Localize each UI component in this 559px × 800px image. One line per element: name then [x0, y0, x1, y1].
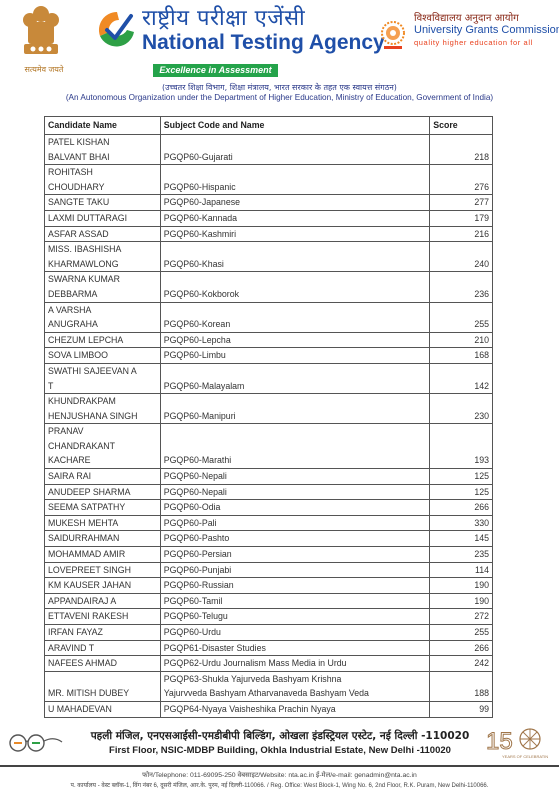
table-body: PATEL KISHAN BALVANT BHAIPGQP60-Gujarati…: [45, 135, 493, 718]
table-row: SEEMA SATPATHYPGQP60-Odia266: [45, 500, 493, 516]
agency-name-hindi: राष्ट्रीय परीक्षा एजेंसी: [142, 2, 305, 32]
score-cell: 190: [430, 578, 493, 594]
emblem-motto: सत्यमेव जयते: [14, 64, 74, 75]
subject-cell: PGQP60-Persian: [160, 547, 430, 563]
score-cell: 266: [430, 500, 493, 516]
subject-cell: PGQP60-Russian: [160, 578, 430, 594]
subject-cell: PGQP60-Nepali: [160, 469, 430, 485]
candidate-name-cell: MR. MITISH DUBEY: [45, 671, 161, 701]
table-row: MUKESH MEHTAPGQP60-Pali330: [45, 515, 493, 531]
table-row: A VARSHA ANUGRAHAPGQP60-Korean255: [45, 302, 493, 332]
agency-name-english: National Testing Agency: [142, 31, 385, 55]
candidate-name-cell: SWATHI SAJEEVAN A T: [45, 363, 161, 393]
ugc-name-english: University Grants Commission: [414, 24, 559, 36]
column-header-candidate-name: Candidate Name: [45, 117, 161, 135]
candidate-name-cell: U MAHADEVAN: [45, 701, 161, 717]
subject-cell: PGQP60-Odia: [160, 500, 430, 516]
subject-cell: PGQP60-Japanese: [160, 195, 430, 211]
table-row: ANUDEEP SHARMAPGQP60-Nepali125: [45, 484, 493, 500]
candidate-name-cell: ROHITASH CHOUDHARY: [45, 165, 161, 195]
table-row: U MAHADEVANPGQP64-Nyaya Vaisheshika Prac…: [45, 701, 493, 717]
subject-cell: PGQP60-Punjabi: [160, 562, 430, 578]
table-row: ASFAR ASSADPGQP60-Kashmiri216: [45, 226, 493, 242]
score-cell: 142: [430, 363, 493, 393]
candidate-name-cell: SANGTE TAKU: [45, 195, 161, 211]
swachh-bharat-spectacles-icon: [4, 732, 64, 754]
table-row: ETTAVENI RAKESHPGQP60-Telugu272: [45, 609, 493, 625]
subject-cell: PGQP60-Tamil: [160, 593, 430, 609]
svg-text:15: 15: [486, 728, 513, 755]
table-row: MISS. IBASHISHA KHARMAWLONGPGQP60-Khasi2…: [45, 242, 493, 272]
candidate-name-cell: ARAVIND T: [45, 640, 161, 656]
table-row: APPANDAIRAJ APGQP60-Tamil190: [45, 593, 493, 609]
score-cell: 218: [430, 135, 493, 165]
candidate-name-cell: CHEZUM LEPCHA: [45, 332, 161, 348]
subject-cell: PGQP60-Telugu: [160, 609, 430, 625]
table-header-row: Candidate Name Subject Code and Name Sco…: [45, 117, 493, 135]
score-cell: 236: [430, 272, 493, 302]
ugc-tagline: quality higher education for all: [414, 38, 533, 47]
score-cell: 210: [430, 332, 493, 348]
candidate-name-cell: ASFAR ASSAD: [45, 226, 161, 242]
table-row: SAIDURRAHMANPGQP60-Pashto145: [45, 531, 493, 547]
table-row: ARAVIND TPGQP61-Disaster Studies266: [45, 640, 493, 656]
table-row: SAIRA RAIPGQP60-Nepali125: [45, 469, 493, 485]
candidate-name-cell: LAXMI DUTTARAGI: [45, 210, 161, 226]
candidate-name-cell: SAIRA RAI: [45, 469, 161, 485]
nta-logo-icon: [97, 10, 137, 50]
candidate-name-cell: SOVA LIMBOO: [45, 348, 161, 364]
score-cell: 235: [430, 547, 493, 563]
column-header-score: Score: [430, 117, 493, 135]
subject-cell: PGQP60-Hispanic: [160, 165, 430, 195]
score-cell: 190: [430, 593, 493, 609]
subject-cell: PGQP64-Nyaya Vaisheshika Prachin Nyaya: [160, 701, 430, 717]
subject-cell: PGQP60-Pali: [160, 515, 430, 531]
table-row: SANGTE TAKUPGQP60-Japanese277: [45, 195, 493, 211]
subject-cell: PGQP60-Lepcha: [160, 332, 430, 348]
results-table: Candidate Name Subject Code and Name Sco…: [44, 116, 493, 718]
subject-cell: PGQP60-Kashmiri: [160, 226, 430, 242]
candidate-name-cell: MISS. IBASHISHA KHARMAWLONG: [45, 242, 161, 272]
score-cell: 240: [430, 242, 493, 272]
table-row: PRANAV CHANDRAKANT KACHAREPGQP60-Marathi…: [45, 424, 493, 469]
candidate-name-cell: PRANAV CHANDRAKANT KACHARE: [45, 424, 161, 469]
column-header-subject: Subject Code and Name: [160, 117, 430, 135]
subject-cell: PGQP60-Gujarati: [160, 135, 430, 165]
contact-info: फोन/Telephone: 011-69095-250 वेबसाइट/Web…: [0, 770, 559, 779]
score-cell: 330: [430, 515, 493, 531]
national-emblem-icon: [18, 4, 64, 52]
table-row: MR. MITISH DUBEYPGQP63-Shukla Yajurveda …: [45, 671, 493, 701]
subject-cell: PGQP60-Marathi: [160, 424, 430, 469]
ugc-logo-icon: [378, 20, 408, 50]
table-row: LOVEPREET SINGHPGQP60-Punjabi114: [45, 562, 493, 578]
score-cell: 114: [430, 562, 493, 578]
score-cell: 145: [430, 531, 493, 547]
subject-cell: PGQP60-Kokborok: [160, 272, 430, 302]
table-row: KHUNDRAKPAM HENJUSHANA SINGHPGQP60-Manip…: [45, 394, 493, 424]
candidate-name-cell: SAIDURRAHMAN: [45, 531, 161, 547]
candidate-name-cell: IRFAN FAYAZ: [45, 625, 161, 641]
score-cell: 276: [430, 165, 493, 195]
candidate-name-cell: SWARNA KUMAR DEBBARMA: [45, 272, 161, 302]
score-cell: 125: [430, 484, 493, 500]
score-cell: 272: [430, 609, 493, 625]
table-row: SOVA LIMBOOPGQP60-Limbu168: [45, 348, 493, 364]
candidate-name-cell: MOHAMMAD AMIR: [45, 547, 161, 563]
address-hindi: पहली मंजिल, एनएसआईसी-एमडीबीपी बिल्डिंग, …: [60, 729, 500, 743]
candidate-name-cell: APPANDAIRAJ A: [45, 593, 161, 609]
subject-cell: PGQP60-Limbu: [160, 348, 430, 364]
score-cell: 266: [430, 640, 493, 656]
candidate-name-cell: NAFEES AHMAD: [45, 656, 161, 672]
score-cell: 99: [430, 701, 493, 717]
score-cell: 179: [430, 210, 493, 226]
table-row: ROHITASH CHOUDHARYPGQP60-Hispanic276: [45, 165, 493, 195]
score-cell: 216: [430, 226, 493, 242]
footer-divider: [0, 765, 559, 767]
table-row: SWARNA KUMAR DEBBARMAPGQP60-Kokborok236: [45, 272, 493, 302]
table-row: LAXMI DUTTARAGIPGQP60-Kannada179: [45, 210, 493, 226]
table-row: IRFAN FAYAZPGQP60-Urdu255: [45, 625, 493, 641]
score-cell: 125: [430, 469, 493, 485]
subject-cell: PGQP63-Shukla Yajurveda Bashyam Krishna …: [160, 671, 430, 701]
score-cell: 168: [430, 348, 493, 364]
table-row: NAFEES AHMADPGQP62-Urdu Journalism Mass …: [45, 656, 493, 672]
candidate-name-cell: PATEL KISHAN BALVANT BHAI: [45, 135, 161, 165]
table-row: SWATHI SAJEEVAN A TPGQP60-Malayalam142: [45, 363, 493, 393]
subject-cell: PGQP60-Kannada: [160, 210, 430, 226]
address-english: First Floor, NSIC-MDBP Building, Okhla I…: [60, 745, 500, 756]
score-cell: 255: [430, 302, 493, 332]
subject-cell: PGQP61-Disaster Studies: [160, 640, 430, 656]
table-row: CHEZUM LEPCHAPGQP60-Lepcha210: [45, 332, 493, 348]
subject-cell: PGQP60-Manipuri: [160, 394, 430, 424]
candidate-name-cell: KM KAUSER JAHAN: [45, 578, 161, 594]
score-cell: 193: [430, 424, 493, 469]
subject-cell: PGQP60-Urdu: [160, 625, 430, 641]
candidate-name-cell: KHUNDRAKPAM HENJUSHANA SINGH: [45, 394, 161, 424]
candidate-name-cell: SEEMA SATPATHY: [45, 500, 161, 516]
score-cell: 255: [430, 625, 493, 641]
subtitle-english: (An Autonomous Organization under the De…: [0, 93, 559, 102]
table-row: KM KAUSER JAHANPGQP60-Russian190: [45, 578, 493, 594]
candidate-name-cell: LOVEPREET SINGH: [45, 562, 161, 578]
candidate-name-cell: A VARSHA ANUGRAHA: [45, 302, 161, 332]
svg-text:YEARS OF CELEBRATING: YEARS OF CELEBRATING: [502, 754, 548, 759]
score-cell: 277: [430, 195, 493, 211]
subject-cell: PGQP60-Malayalam: [160, 363, 430, 393]
subject-cell: PGQP60-Pashto: [160, 531, 430, 547]
ugc-name-hindi: विश्वविद्यालय अनुदान आयोग: [414, 10, 519, 24]
table-row: PATEL KISHAN BALVANT BHAIPGQP60-Gujarati…: [45, 135, 493, 165]
subject-cell: PGQP62-Urdu Journalism Mass Media in Urd…: [160, 656, 430, 672]
subtitle-hindi: (उच्चतर शिक्षा विभाग, शिक्षा मंत्रालय, भ…: [0, 82, 559, 93]
registered-office: प. कार्यालय - वेस्ट ब्लॉक-1, विंग नंबर 6…: [0, 781, 559, 789]
subject-cell: PGQP60-Korean: [160, 302, 430, 332]
score-cell: 188: [430, 671, 493, 701]
candidate-name-cell: ANUDEEP SHARMA: [45, 484, 161, 500]
gandhi-150-logo-icon: 15 YEARS OF CELEBRATING: [480, 722, 548, 762]
table-row: MOHAMMAD AMIRPGQP60-Persian235: [45, 547, 493, 563]
tagline-banner: Excellence in Assessment: [153, 64, 278, 77]
subject-cell: PGQP60-Nepali: [160, 484, 430, 500]
subject-cell: PGQP60-Khasi: [160, 242, 430, 272]
candidate-name-cell: ETTAVENI RAKESH: [45, 609, 161, 625]
score-cell: 242: [430, 656, 493, 672]
candidate-name-cell: MUKESH MEHTA: [45, 515, 161, 531]
score-cell: 230: [430, 394, 493, 424]
